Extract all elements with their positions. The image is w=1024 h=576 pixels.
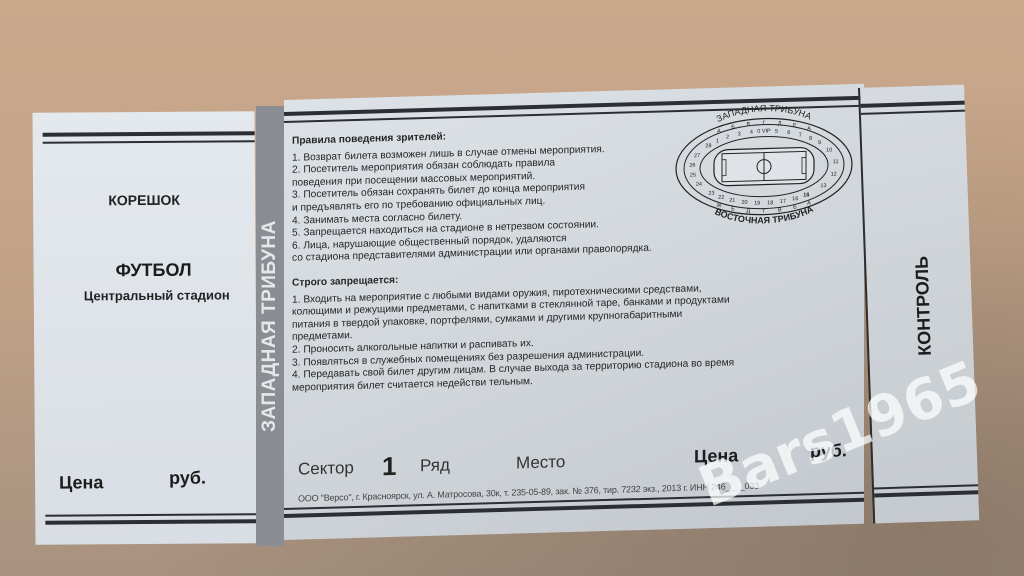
stadium-map: ЗАПАДНАЯ ТРИБУНА ВОСТОЧНАЯ ТРИБУНА АБВГД…: [664, 86, 864, 242]
sector-value: 1: [382, 451, 396, 482]
sector-number: Д: [778, 121, 782, 127]
sector-number: 4: [750, 130, 753, 136]
sector-number: Г: [763, 121, 766, 127]
sector-number: 27: [694, 153, 700, 159]
sector-number: 7: [799, 132, 802, 138]
sector-number: В: [746, 122, 750, 128]
sector-number: 1: [716, 138, 719, 144]
sector-number: 2: [726, 134, 729, 140]
sector-number: Д: [746, 208, 750, 214]
divider: [874, 490, 978, 497]
sector-number: 17: [780, 199, 786, 205]
sector-number: 3: [738, 131, 741, 137]
sector-number: 6: [787, 130, 790, 136]
sector-number: Е: [731, 206, 735, 212]
divider: [43, 131, 255, 136]
sector-number: 22: [718, 195, 724, 201]
sector-number: А: [717, 129, 721, 135]
sector-number: 11: [833, 159, 839, 165]
sector-label: Сектор: [298, 458, 354, 480]
forbidden-list: Строго запрещается: 1. Входить на меропр…: [292, 263, 832, 395]
sector-number: 28: [705, 143, 711, 149]
control-label: КОНТРОЛЬ: [911, 256, 935, 356]
sector-number: 0 VIP: [757, 128, 771, 134]
stub-title: КОРЕШОК: [33, 191, 255, 209]
sector-number: 24: [696, 182, 702, 188]
sector-number: 16: [792, 196, 798, 202]
divider: [861, 101, 965, 108]
sector-number: 19: [754, 200, 760, 206]
sector-number: 26: [689, 163, 695, 169]
ticket-control: КОНТРОЛЬ: [858, 85, 979, 524]
sector-number: 20: [741, 200, 747, 206]
sector-number: 21: [729, 198, 735, 204]
stand-label: ЗАПАДНАЯ ТРИБУНА: [259, 220, 281, 432]
divider: [861, 110, 965, 115]
seat-label: Место: [516, 452, 565, 473]
divider: [45, 519, 257, 524]
ticket-stub: КОРЕШОК ФУТБОЛ Центральный стадион Цена …: [32, 111, 257, 545]
event-venue: Центральный стадион: [52, 287, 262, 303]
sector-number: 9: [818, 140, 821, 146]
event-sport: ФУТБОЛ: [74, 259, 234, 281]
sector-number: 12: [831, 172, 837, 178]
spectator-rules: Правила поведения зрителей: 1. Возврат б…: [292, 125, 692, 266]
divider: [45, 513, 257, 516]
sector-number: 25: [690, 172, 696, 178]
sector-number: 5: [775, 129, 778, 135]
sector-number: А: [807, 200, 811, 206]
sector-number: Ж: [716, 203, 721, 209]
sector-number: 15: [803, 192, 809, 198]
sector-number: Б: [793, 205, 797, 211]
sector-number: 13: [820, 183, 826, 189]
row-label: Ряд: [420, 455, 450, 476]
sector-number: Б: [731, 124, 735, 130]
sector-number: Е: [793, 123, 797, 129]
sector-number: А: [807, 126, 811, 132]
divider: [43, 140, 255, 143]
sector-number: 23: [708, 191, 714, 197]
stand-band: ЗАПАДНАЯ ТРИБУНА: [256, 106, 284, 546]
sector-number: 10: [826, 147, 832, 153]
sector-number: В: [778, 207, 782, 213]
divider: [874, 484, 978, 489]
stub-currency: руб.: [169, 468, 206, 489]
sector-number: 18: [767, 200, 773, 206]
sector-number: 8: [809, 136, 812, 142]
stub-price-label: Цена: [59, 472, 103, 493]
sector-number: Г: [763, 209, 766, 215]
